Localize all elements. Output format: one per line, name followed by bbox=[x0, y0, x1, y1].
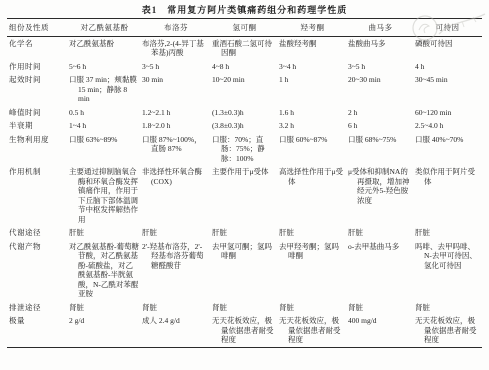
table-cell: 肝脏 bbox=[142, 226, 212, 240]
table-cell: 3~4 h bbox=[279, 60, 348, 74]
row-label: 作用时间 bbox=[7, 60, 69, 74]
table-cell: 肝脏 bbox=[415, 226, 482, 240]
table-cell: 60~120 min bbox=[415, 106, 482, 120]
table-cell: o-去甲基曲马多 bbox=[348, 240, 415, 301]
table-cell: 肾脏 bbox=[142, 301, 212, 315]
row-label: 峰值时间 bbox=[7, 106, 69, 120]
table-cell: 10~20 min bbox=[212, 73, 279, 106]
table-cell: 重酒石酸二氢可待因酮 bbox=[212, 36, 279, 60]
table-cell: 肾脏 bbox=[69, 301, 142, 315]
table-cell: 3~5 h bbox=[142, 60, 212, 74]
row-label: 半衰期 bbox=[7, 119, 69, 133]
column-header-oxycodone: 羟考酮 bbox=[279, 19, 348, 37]
table-cell: 肝脏 bbox=[69, 226, 142, 240]
table-cell: 口服 87%~100%，直肠 87% bbox=[142, 133, 212, 166]
table-cell: μ受体和抑制NA的再摄取，增加神经元外5-羟色胺浓度 bbox=[348, 165, 415, 226]
column-header-hydrocodone: 氢可酮 bbox=[212, 19, 279, 37]
table-cell: 无天花板效应，极量依据患者耐受程度 bbox=[212, 314, 279, 347]
table-row-onset: 起效时间 口服 37 min；颊黏膜 15 min；静脉 8 min 30 mi… bbox=[7, 73, 482, 106]
table-cell: 20~30 min bbox=[348, 73, 415, 106]
row-label: 生物利用度 bbox=[7, 133, 69, 166]
table-cell: 1 h bbox=[279, 73, 348, 106]
table-cell: 3~5 h bbox=[348, 60, 415, 74]
table-cell: 无天花板效应，极量依据患者耐受程度 bbox=[279, 314, 348, 347]
column-header-attribute: 组份及性质 bbox=[7, 19, 69, 37]
table-cell: 肾脏 bbox=[279, 301, 348, 315]
column-header-codeine: 可待因 bbox=[415, 19, 482, 37]
table-cell: 非选择性环氧合酶(COX) bbox=[142, 165, 212, 226]
table-cell: 400 mg/d bbox=[348, 314, 415, 347]
table-cell: 2 h bbox=[348, 106, 415, 120]
table-cell: 3.2 h bbox=[279, 119, 348, 133]
table-cell: 肝脏 bbox=[348, 226, 415, 240]
table-cell: 吗啡、去甲吗啡、N-去甲可待因、氢化可待因 bbox=[415, 240, 482, 301]
table-row-bioavailability: 生物利用度 口服 63%~89% 口服 87%~100%，直肠 87% 口服：7… bbox=[7, 133, 482, 166]
table-cell: 主要作用于μ受体 bbox=[212, 165, 279, 226]
table-caption: 表1 常用复方阿片类镇痛药组分和药理学性质 bbox=[0, 0, 489, 16]
table-row-peak-time: 峰值时间 0.5 h 1.2~2.1 h (1.3±0.3)h 1.6 h 2 … bbox=[7, 106, 482, 120]
table-row-duration: 作用时间 5~6 h 3~5 h 4~8 h 3~4 h 3~5 h 4 h bbox=[7, 60, 482, 74]
table-cell: 肾脏 bbox=[415, 301, 482, 315]
table-row-mechanism: 作用机制 主要通过抑制脑氧合酶和环氧合酶发挥镇痛作用，作用于下丘脑下部体温调节中… bbox=[7, 165, 482, 226]
table-row-max-dose: 极量 2 g/d 成人 2.4 g/d 无天花板效应，极量依据患者耐受程度 无天… bbox=[7, 314, 482, 347]
table-row-chemical-name: 化学名 对乙酰氨基酚 布洛芬,2-(4-异丁基苯基)丙酸 重酒石酸二氢可待因酮 … bbox=[7, 36, 482, 60]
table-cell: 盐酸曲马多 bbox=[348, 36, 415, 60]
table-cell: 口服 40%~70% bbox=[415, 133, 482, 166]
table-cell: 6 h bbox=[348, 119, 415, 133]
table-cell: 口服：70%；直肠：75%；静脉：100% bbox=[212, 133, 279, 166]
table-cell: 无天花板效应，极量依据患者耐受程度 bbox=[415, 314, 482, 347]
table-cell: 肾脏 bbox=[212, 301, 279, 315]
pharmacology-table: 组份及性质 对乙酰氨基酚 布洛芬 氢可酮 羟考酮 曲马多 可待因 化学名 对乙酰… bbox=[7, 18, 482, 348]
table-cell: 成人 2.4 g/d bbox=[142, 314, 212, 347]
table-cell: 对乙酰氨基酚 bbox=[69, 36, 142, 60]
column-header-acetaminophen: 对乙酰氨基酚 bbox=[69, 19, 142, 37]
table-cell: 口服 60%~87% bbox=[279, 133, 348, 166]
column-header-tramadol: 曲马多 bbox=[348, 19, 415, 37]
table-cell: 4~8 h bbox=[212, 60, 279, 74]
table-row-half-life: 半衰期 1~4 h 1.8~2.0 h (3.8±0.3)h 3.2 h 6 h… bbox=[7, 119, 482, 133]
table-row-metabolic-pathway: 代谢途径 肝脏 肝脏 肝脏 肝脏 肝脏 肝脏 bbox=[7, 226, 482, 240]
row-label: 化学名 bbox=[7, 36, 69, 60]
row-label: 代谢途径 bbox=[7, 226, 69, 240]
table-cell: (3.8±0.3)h bbox=[212, 119, 279, 133]
table-cell: 2.5~4.0 h bbox=[415, 119, 482, 133]
table-cell: 类似作用于阿片受体 bbox=[415, 165, 482, 226]
table-cell: 主要通过抑制脑氧合酶和环氧合酶发挥镇痛作用，作用于下丘脑下部体温调节中枢发挥解热… bbox=[69, 165, 142, 226]
table-cell: (1.3±0.3)h bbox=[212, 106, 279, 120]
row-label: 排泄途径 bbox=[7, 301, 69, 315]
header-row: 组份及性质 对乙酰氨基酚 布洛芬 氢可酮 羟考酮 曲马多 可待因 bbox=[7, 19, 482, 37]
table-cell: 5~6 h bbox=[69, 60, 142, 74]
column-header-ibuprofen: 布洛芬 bbox=[142, 19, 212, 37]
table-cell: 口服 37 min；颊黏膜 15 min；静脉 8 min bbox=[69, 73, 142, 106]
table-cell: 高选择性作用于μ受体 bbox=[279, 165, 348, 226]
table-cell: 1.2~2.1 h bbox=[142, 106, 212, 120]
table-cell: 布洛芬,2-(4-异丁基苯基)丙酸 bbox=[142, 36, 212, 60]
table-cell: 2'-羟基布洛芬，2'-羟基布洛芬葡萄糖醛酸苷 bbox=[142, 240, 212, 301]
table-row-metabolites: 代谢产物 对乙酰氨基酚-葡萄糖苷酸，对乙酰氨基酚-硫酸盐，对乙酰氨基酚-半胱氨酸… bbox=[7, 240, 482, 301]
table-cell: 30 min bbox=[142, 73, 212, 106]
table-cell: 1~4 h bbox=[69, 119, 142, 133]
table-cell: 1.6 h bbox=[279, 106, 348, 120]
table-cell: 4 h bbox=[415, 60, 482, 74]
row-label: 代谢产物 bbox=[7, 240, 69, 301]
table-cell: 盐酸羟考酮 bbox=[279, 36, 348, 60]
table-cell: 口服 68%~75% bbox=[348, 133, 415, 166]
table-cell: 肝脏 bbox=[279, 226, 348, 240]
table-cell: 磷酸可待因 bbox=[415, 36, 482, 60]
table-cell: 口服 63%~89% bbox=[69, 133, 142, 166]
row-label: 极量 bbox=[7, 314, 69, 347]
table-cell: 2 g/d bbox=[69, 314, 142, 347]
row-label: 作用机制 bbox=[7, 165, 69, 226]
table-cell: 0.5 h bbox=[69, 106, 142, 120]
table-cell: 1.8~2.0 h bbox=[142, 119, 212, 133]
table-cell: 30~45 min bbox=[415, 73, 482, 106]
table-cell: 肝脏 bbox=[212, 226, 279, 240]
table-row-excretion: 排泄途径 肾脏 肾脏 肾脏 肾脏 肾脏 肾脏 bbox=[7, 301, 482, 315]
row-label: 起效时间 bbox=[7, 73, 69, 106]
scanned-table-page: 表1 常用复方阿片类镇痛药组分和药理学性质 组份及性质 对乙酰氨基酚 布洛芬 氢… bbox=[0, 0, 489, 370]
table-cell: 去甲氢可酮；氢吗啡酮 bbox=[212, 240, 279, 301]
table-cell: 去甲羟考酮；氢吗啡酮 bbox=[279, 240, 348, 301]
table-cell: 对乙酰氨基酚-葡萄糖苷酸，对乙酰氨基酚-硫酸盐，对乙酰氨基酚-半胱氨酸，N-乙酰… bbox=[69, 240, 142, 301]
table-cell: 肾脏 bbox=[348, 301, 415, 315]
